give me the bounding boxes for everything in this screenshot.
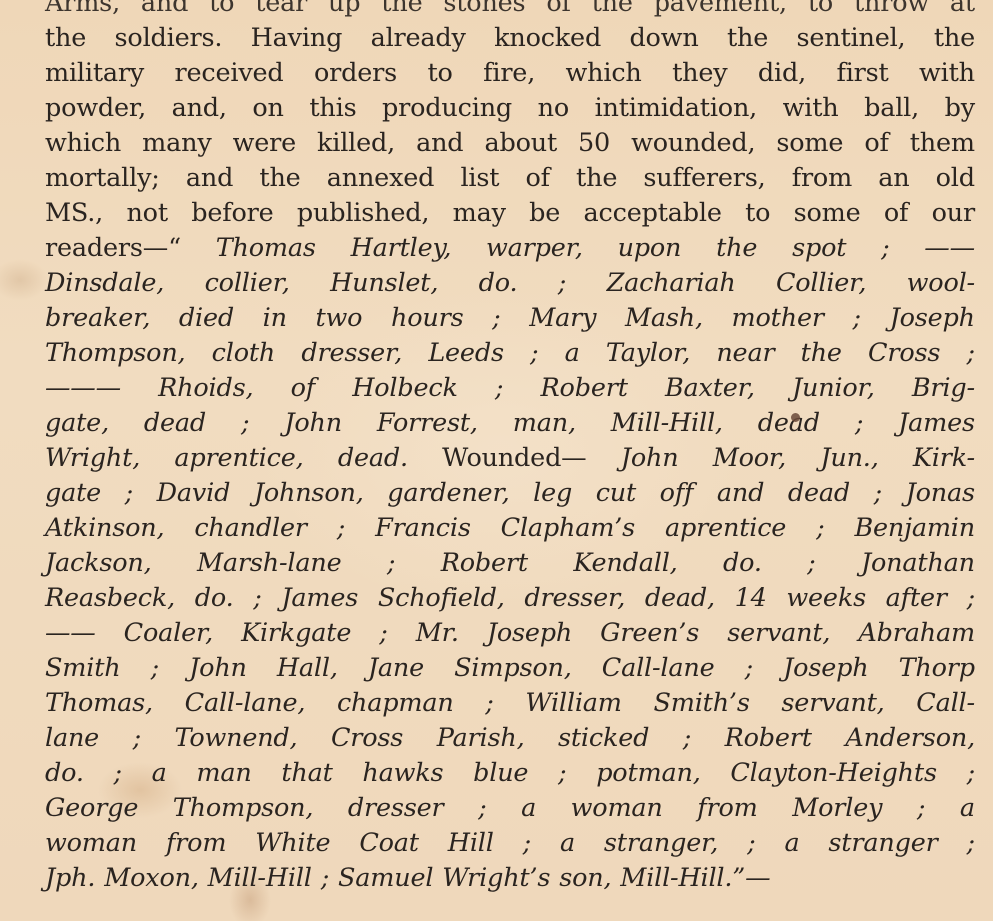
word: weeks [786, 581, 866, 616]
word: off [660, 476, 694, 511]
word: blue [473, 756, 528, 791]
word: may [453, 196, 506, 231]
word: hawks [362, 756, 443, 791]
word: Call- [916, 686, 975, 721]
word: William [525, 686, 621, 721]
text-line: MS.,notbeforepublished,maybeacceptableto… [45, 196, 975, 231]
text-line: do.;amanthathawksblue;potman,Clayton-Hei… [45, 756, 975, 791]
word: after [886, 581, 947, 616]
word: —— [45, 616, 96, 651]
text-line: Reasbeck,do.;JamesSchofield,dresser,dead… [45, 581, 975, 616]
word: from [697, 791, 757, 826]
word: no [538, 91, 569, 126]
word: Rhoids, [158, 371, 253, 406]
word: servant, [727, 616, 830, 651]
ink-blot [791, 413, 800, 422]
word: Marsh-lane [197, 546, 342, 581]
text-line: gate;DavidJohnson,gardener,legcutoffandd… [45, 476, 975, 511]
word: dead [144, 406, 206, 441]
word: spot [792, 231, 846, 266]
word: a [565, 336, 580, 371]
word: Zachariah [607, 266, 736, 301]
word: before [191, 196, 273, 231]
word: Call-lane, [185, 686, 306, 721]
word: ; [151, 651, 159, 686]
word: Parish, [437, 721, 525, 756]
word: were [233, 126, 296, 161]
word: Thorp [899, 651, 975, 686]
word: Leeds [428, 336, 504, 371]
word: some [776, 126, 843, 161]
word: aprentice [665, 511, 786, 546]
text-line: Atkinson,chandler;FrancisClapham’saprent… [45, 511, 975, 546]
word: ; [816, 511, 824, 546]
word: collier, [205, 266, 290, 301]
word: chapman [337, 686, 454, 721]
word: dresser, [301, 336, 402, 371]
word: a [784, 826, 799, 861]
word: some [794, 196, 861, 231]
word: ; [530, 336, 538, 371]
word: ; [558, 756, 566, 791]
word: to [808, 0, 833, 21]
word: Smith [45, 651, 120, 686]
word: Call-lane [602, 651, 715, 686]
word: and [186, 161, 233, 196]
word: lane [45, 721, 99, 756]
word: stranger [828, 826, 937, 861]
word: an [878, 161, 909, 196]
word: ; [747, 826, 755, 861]
word: Moor, [713, 441, 786, 476]
body-text: Arms,andtotearupthestonesofthepavement,t… [45, 0, 975, 896]
word: already [371, 21, 466, 56]
word: ; [558, 266, 566, 301]
word: chandler [194, 511, 307, 546]
word: Jonas [906, 476, 975, 511]
word: ; [337, 511, 345, 546]
word: Collier, [776, 266, 866, 301]
word: ball, [864, 91, 919, 126]
word: Jane [368, 651, 424, 686]
word: James [898, 406, 975, 441]
word: John [621, 441, 679, 476]
word: Joseph [890, 301, 975, 336]
text-line: womanfromWhiteCoatHill;astranger,;astran… [45, 826, 975, 861]
word: Thompson, [45, 336, 185, 371]
word: Anderson, [845, 721, 975, 756]
word: a [960, 791, 975, 826]
word: the [592, 0, 633, 21]
word: ; [485, 686, 493, 721]
text-line: Thomas,Call-lane,chapman;WilliamSmith’ss… [45, 686, 975, 721]
word: up [328, 0, 360, 21]
word: Mill-Hill [208, 861, 312, 896]
word: our [932, 196, 975, 231]
word: Mr. [416, 616, 459, 651]
word: producing [382, 91, 512, 126]
word: Junior, [792, 371, 875, 406]
text-line: ——Coaler,Kirkgate;Mr.JosephGreen’sservan… [45, 616, 975, 651]
word: Moxon, [104, 861, 199, 896]
word: White [255, 826, 330, 861]
word: the [576, 161, 617, 196]
word: ; [855, 406, 863, 441]
word: Coaler, [124, 616, 213, 651]
word: in [263, 301, 287, 336]
word: Francis [375, 511, 471, 546]
text-line: readers—“ThomasHartley,warper,uponthespo… [45, 231, 975, 266]
word: a [152, 756, 167, 791]
word: ; [874, 476, 882, 511]
word: that [281, 756, 332, 791]
word: Kendall, [573, 546, 677, 581]
text-line: mortally;andtheannexedlistofthesufferers… [45, 161, 975, 196]
word: of [864, 126, 888, 161]
word: ; [495, 371, 503, 406]
word: wounded, [631, 126, 755, 161]
word: dead [758, 406, 820, 441]
word: Thomas, [45, 686, 153, 721]
word: Dinsdale, [45, 266, 164, 301]
word: many [142, 126, 211, 161]
text-line: GeorgeThompson,dresser;awomanfromMorley;… [45, 791, 975, 826]
word: man [196, 756, 251, 791]
word: stranger, [604, 826, 718, 861]
word: military [45, 56, 144, 91]
scanned-page: Arms,andtotearupthestonesofthepavement,t… [0, 0, 993, 921]
word: 14 [735, 581, 767, 616]
word: list [460, 161, 499, 196]
word: hours [391, 301, 463, 336]
word: Wright, [45, 441, 140, 476]
word: Having [251, 21, 343, 56]
word: old [936, 161, 975, 196]
word: John [189, 651, 247, 686]
word: Wright’s [442, 861, 550, 896]
text-line: breaker,diedintwohours;MaryMash,mother;J… [45, 301, 975, 336]
word: by [945, 91, 975, 126]
word: Morley [792, 791, 882, 826]
word: and [717, 476, 764, 511]
word: them [910, 126, 975, 161]
word: Townend, [174, 721, 297, 756]
word: sentinel, [796, 21, 905, 56]
word: Jackson, [45, 546, 152, 581]
word: ; [807, 546, 815, 581]
word: Jun., [820, 441, 878, 476]
word: be [529, 196, 560, 231]
word: the [934, 21, 975, 56]
text-line: Jackson,Marsh-lane;RobertKendall,do.;Jon… [45, 546, 975, 581]
word: breaker, [45, 301, 150, 336]
word: and [141, 0, 188, 21]
word: not [126, 196, 167, 231]
word: from [792, 161, 852, 196]
word: Hartley, [351, 231, 452, 266]
word: ; [133, 721, 141, 756]
word: John [284, 406, 342, 441]
word: received [175, 56, 284, 91]
word: the [45, 21, 86, 56]
word: do. [195, 581, 234, 616]
word: gate, [45, 406, 109, 441]
word: ; [966, 336, 974, 371]
word: died [179, 301, 234, 336]
word: ; [853, 301, 861, 336]
word: the [716, 231, 757, 266]
word: Thompson, [173, 791, 313, 826]
word: potman, [596, 756, 700, 791]
word: gardener, [387, 476, 509, 511]
word: Coat [359, 826, 419, 861]
word: dresser, [524, 581, 625, 616]
word: and, [172, 91, 227, 126]
word: and [416, 126, 463, 161]
word: Mill-Hill, [611, 406, 723, 441]
word: first [836, 56, 888, 91]
word: 50 [578, 126, 610, 161]
word: sufferers, [643, 161, 765, 196]
text-line: ———Rhoids,ofHolbeck;RobertBaxter,Junior,… [45, 371, 975, 406]
word: ; [125, 476, 133, 511]
word: which [566, 56, 642, 91]
word: Hill [448, 826, 494, 861]
word: orders [314, 56, 397, 91]
word: ; [241, 406, 249, 441]
word: down [629, 21, 698, 56]
text-line: Dinsdale,collier,Hunslet,do.;ZachariahCo… [45, 266, 975, 301]
word: knocked [494, 21, 601, 56]
word: Samuel [338, 861, 433, 896]
word: the [801, 336, 842, 371]
word: the [381, 0, 422, 21]
word: Brig- [912, 371, 975, 406]
word: Robert [725, 721, 812, 756]
word: ; [745, 651, 753, 686]
word: mortally; [45, 161, 160, 196]
word: did, [758, 56, 806, 91]
word: throw [854, 0, 929, 21]
word: with [783, 91, 839, 126]
word: do. [479, 266, 518, 301]
word: Joseph [487, 616, 572, 651]
word: leg [533, 476, 572, 511]
word: David [157, 476, 231, 511]
word: near [716, 336, 774, 371]
word: do. [45, 756, 84, 791]
word: Reasbeck, [45, 581, 175, 616]
word: warper, [486, 231, 583, 266]
text-line: powder,and,onthisproducingnointimidation… [45, 91, 975, 126]
text-line: Thompson,clothdresser,Leeds;aTaylor,near… [45, 336, 975, 371]
word: —— [924, 231, 975, 266]
text-line: thesoldiers.Havingalreadyknockeddownthes… [45, 21, 975, 56]
word: of [525, 161, 549, 196]
text-line: Arms,andtotearupthestonesofthepavement,t… [45, 0, 975, 21]
word: readers—“ [45, 231, 181, 266]
word: to [427, 56, 452, 91]
word: tear [255, 0, 307, 21]
word: wool- [907, 266, 975, 301]
word: on [252, 91, 283, 126]
text-line: Smith;JohnHall,JaneSimpson,Call-lane;Jos… [45, 651, 975, 686]
word: killed, [317, 126, 395, 161]
word: Johnson, [254, 476, 364, 511]
word: Mash, [625, 301, 703, 336]
word: Forrest, [377, 406, 478, 441]
word: Arms, [45, 0, 120, 21]
word: acceptable [584, 196, 722, 231]
word: Joseph [783, 651, 868, 686]
word: to [209, 0, 234, 21]
word: Jph. [45, 861, 95, 896]
word: dead [788, 476, 850, 511]
word: dresser [348, 791, 444, 826]
word: ; [917, 791, 925, 826]
word: powder, [45, 91, 146, 126]
word: upon [618, 231, 682, 266]
word: Mill-Hill.”— [620, 861, 770, 896]
text-line: lane;Townend,CrossParish,sticked;RobertA… [45, 721, 975, 756]
word: Thomas [216, 231, 316, 266]
word: ; [492, 301, 500, 336]
word: from [166, 826, 226, 861]
word: of [291, 371, 315, 406]
word: ; [379, 616, 387, 651]
word: ; [113, 756, 121, 791]
word: Clapham’s [501, 511, 635, 546]
word: dead. [338, 441, 408, 476]
word: Baxter, [665, 371, 755, 406]
word: Hall, [277, 651, 338, 686]
word: woman [571, 791, 663, 826]
word: stones [443, 0, 525, 21]
word: a [521, 791, 536, 826]
word: man, [513, 406, 576, 441]
word: annexed [327, 161, 435, 196]
word: Cross [331, 721, 403, 756]
text-line: Wright,aprentice,dead.Wounded—JohnMoor,J… [45, 441, 975, 476]
word: son, [559, 861, 611, 896]
word: Jonathan [861, 546, 975, 581]
word: Holbeck [352, 371, 458, 406]
word: George [45, 791, 138, 826]
word: woman [45, 826, 137, 861]
word: MS., [45, 196, 103, 231]
word: of [546, 0, 570, 21]
word: published, [297, 196, 429, 231]
text-line: militaryreceivedorderstofire,whichtheydi… [45, 56, 975, 91]
word: the [259, 161, 300, 196]
word: Atkinson, [45, 511, 164, 546]
word: the [727, 21, 768, 56]
word: ; [387, 546, 395, 581]
word: Taylor, [606, 336, 690, 371]
word: Clayton-Heights [730, 756, 936, 791]
word: two [316, 301, 363, 336]
word: mother [732, 301, 824, 336]
text-line: gate,dead;JohnForrest,man,Mill-Hill,dead… [45, 406, 975, 441]
word: servant, [781, 686, 884, 721]
word: sticked [558, 721, 649, 756]
word: fire, [483, 56, 535, 91]
word: ; [523, 826, 531, 861]
word: Robert [441, 546, 528, 581]
word: ; [253, 581, 261, 616]
word: which [45, 126, 121, 161]
word: they [672, 56, 727, 91]
word: do. [723, 546, 762, 581]
word: ; [321, 861, 329, 896]
word: James [281, 581, 358, 616]
word: ; [967, 581, 975, 616]
word: of [884, 196, 908, 231]
word: Simpson, [454, 651, 572, 686]
word: Benjamin [854, 511, 975, 546]
word: pavement, [654, 0, 787, 21]
word: dead, [645, 581, 715, 616]
word: cut [596, 476, 636, 511]
word: soldiers. [115, 21, 223, 56]
word: ; [478, 791, 486, 826]
text-line: Jph.Moxon,Mill-Hill;SamuelWright’sson,Mi… [45, 861, 975, 896]
word: Kirk- [913, 441, 975, 476]
word: Hunslet, [330, 266, 438, 301]
word: this [309, 91, 356, 126]
word: intimidation, [595, 91, 758, 126]
word: Cross [868, 336, 940, 371]
word: Robert [541, 371, 628, 406]
word: at [950, 0, 975, 21]
word: Schofield, [378, 581, 505, 616]
word: ; [967, 756, 975, 791]
text-line: whichmanywerekilled,andabout50wounded,so… [45, 126, 975, 161]
word: Kirkgate [241, 616, 351, 651]
word: to [745, 196, 770, 231]
word: ; [683, 721, 691, 756]
word: Mary [529, 301, 596, 336]
word: Wounded— [442, 441, 586, 476]
word: ; [967, 826, 975, 861]
word: aprentice, [174, 441, 303, 476]
word: a [560, 826, 575, 861]
word: Abraham [858, 616, 975, 651]
word: cloth [212, 336, 275, 371]
word: about [484, 126, 557, 161]
word: ——— [45, 371, 121, 406]
word: ; [881, 231, 889, 266]
word: Green’s [600, 616, 699, 651]
word: Smith’s [653, 686, 749, 721]
word: gate [45, 476, 101, 511]
word: with [919, 56, 975, 91]
